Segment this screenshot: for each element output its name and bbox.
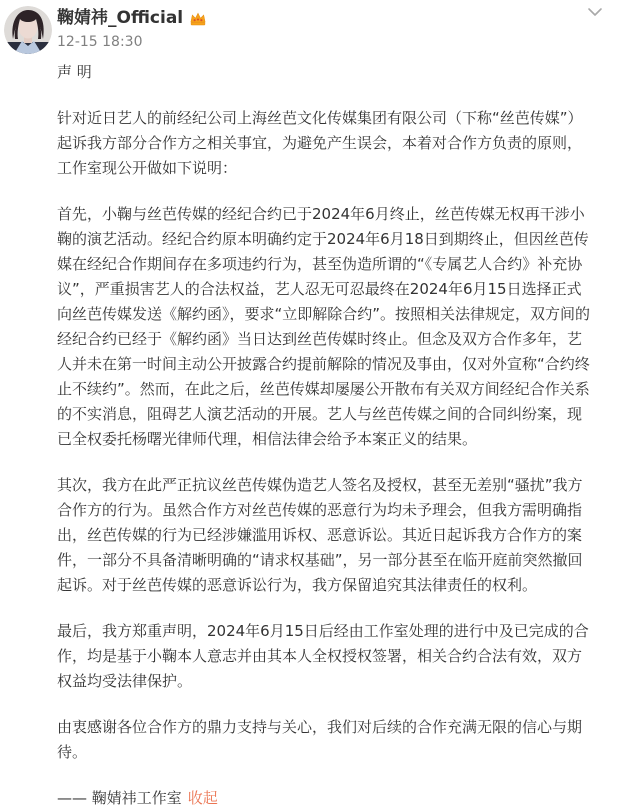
avatar-image — [4, 6, 52, 54]
post-signature: —— 鞠婧祎工作室收起 — [57, 786, 593, 805]
vip-crown-icon — [189, 11, 207, 27]
post-paragraph: 其次，我方在此严正抗议丝芭传媒伪造艺人签名及授权，甚至无差别“骚扰”我方合作方的… — [57, 473, 593, 598]
weibo-post-card: 鞠婧祎_Official 12-15 18:30 声 明 针对近日艺人的前经纪公… — [0, 0, 617, 805]
post-header: 鞠婧祎_Official 12-15 18:30 — [57, 8, 593, 51]
username[interactable]: 鞠婧祎_Official — [57, 8, 183, 29]
post-paragraph: 由衷感谢各位合作方的鼎力支持与关心，我们对后续的合作充满无限的信心与期待。 — [57, 715, 593, 765]
post-paragraph: 首先，小鞠与丝芭传媒的经纪合约已于2024年6月终止，丝芭传媒无权再干涉小鞠的演… — [57, 202, 593, 452]
post-menu-button[interactable] — [585, 4, 605, 20]
collapse-link[interactable]: 收起 — [188, 789, 218, 805]
chevron-down-icon — [587, 7, 603, 17]
post-paragraph: 最后，我方郑重声明，2024年6月15日后经由工作室处理的进行中及已完成的合作，… — [57, 619, 593, 694]
post-body: 声 明 针对近日艺人的前经纪公司上海丝芭文化传媒集团有限公司（下称“丝芭传媒”）… — [57, 60, 593, 805]
signature-text: —— 鞠婧祎工作室 — [57, 789, 182, 805]
avatar[interactable] — [4, 6, 52, 54]
timestamp: 12-15 18:30 — [57, 33, 593, 51]
post-paragraph: 针对近日艺人的前经纪公司上海丝芭文化传媒集团有限公司（下称“丝芭传媒”）起诉我方… — [57, 106, 593, 181]
post-title: 声 明 — [57, 60, 593, 85]
